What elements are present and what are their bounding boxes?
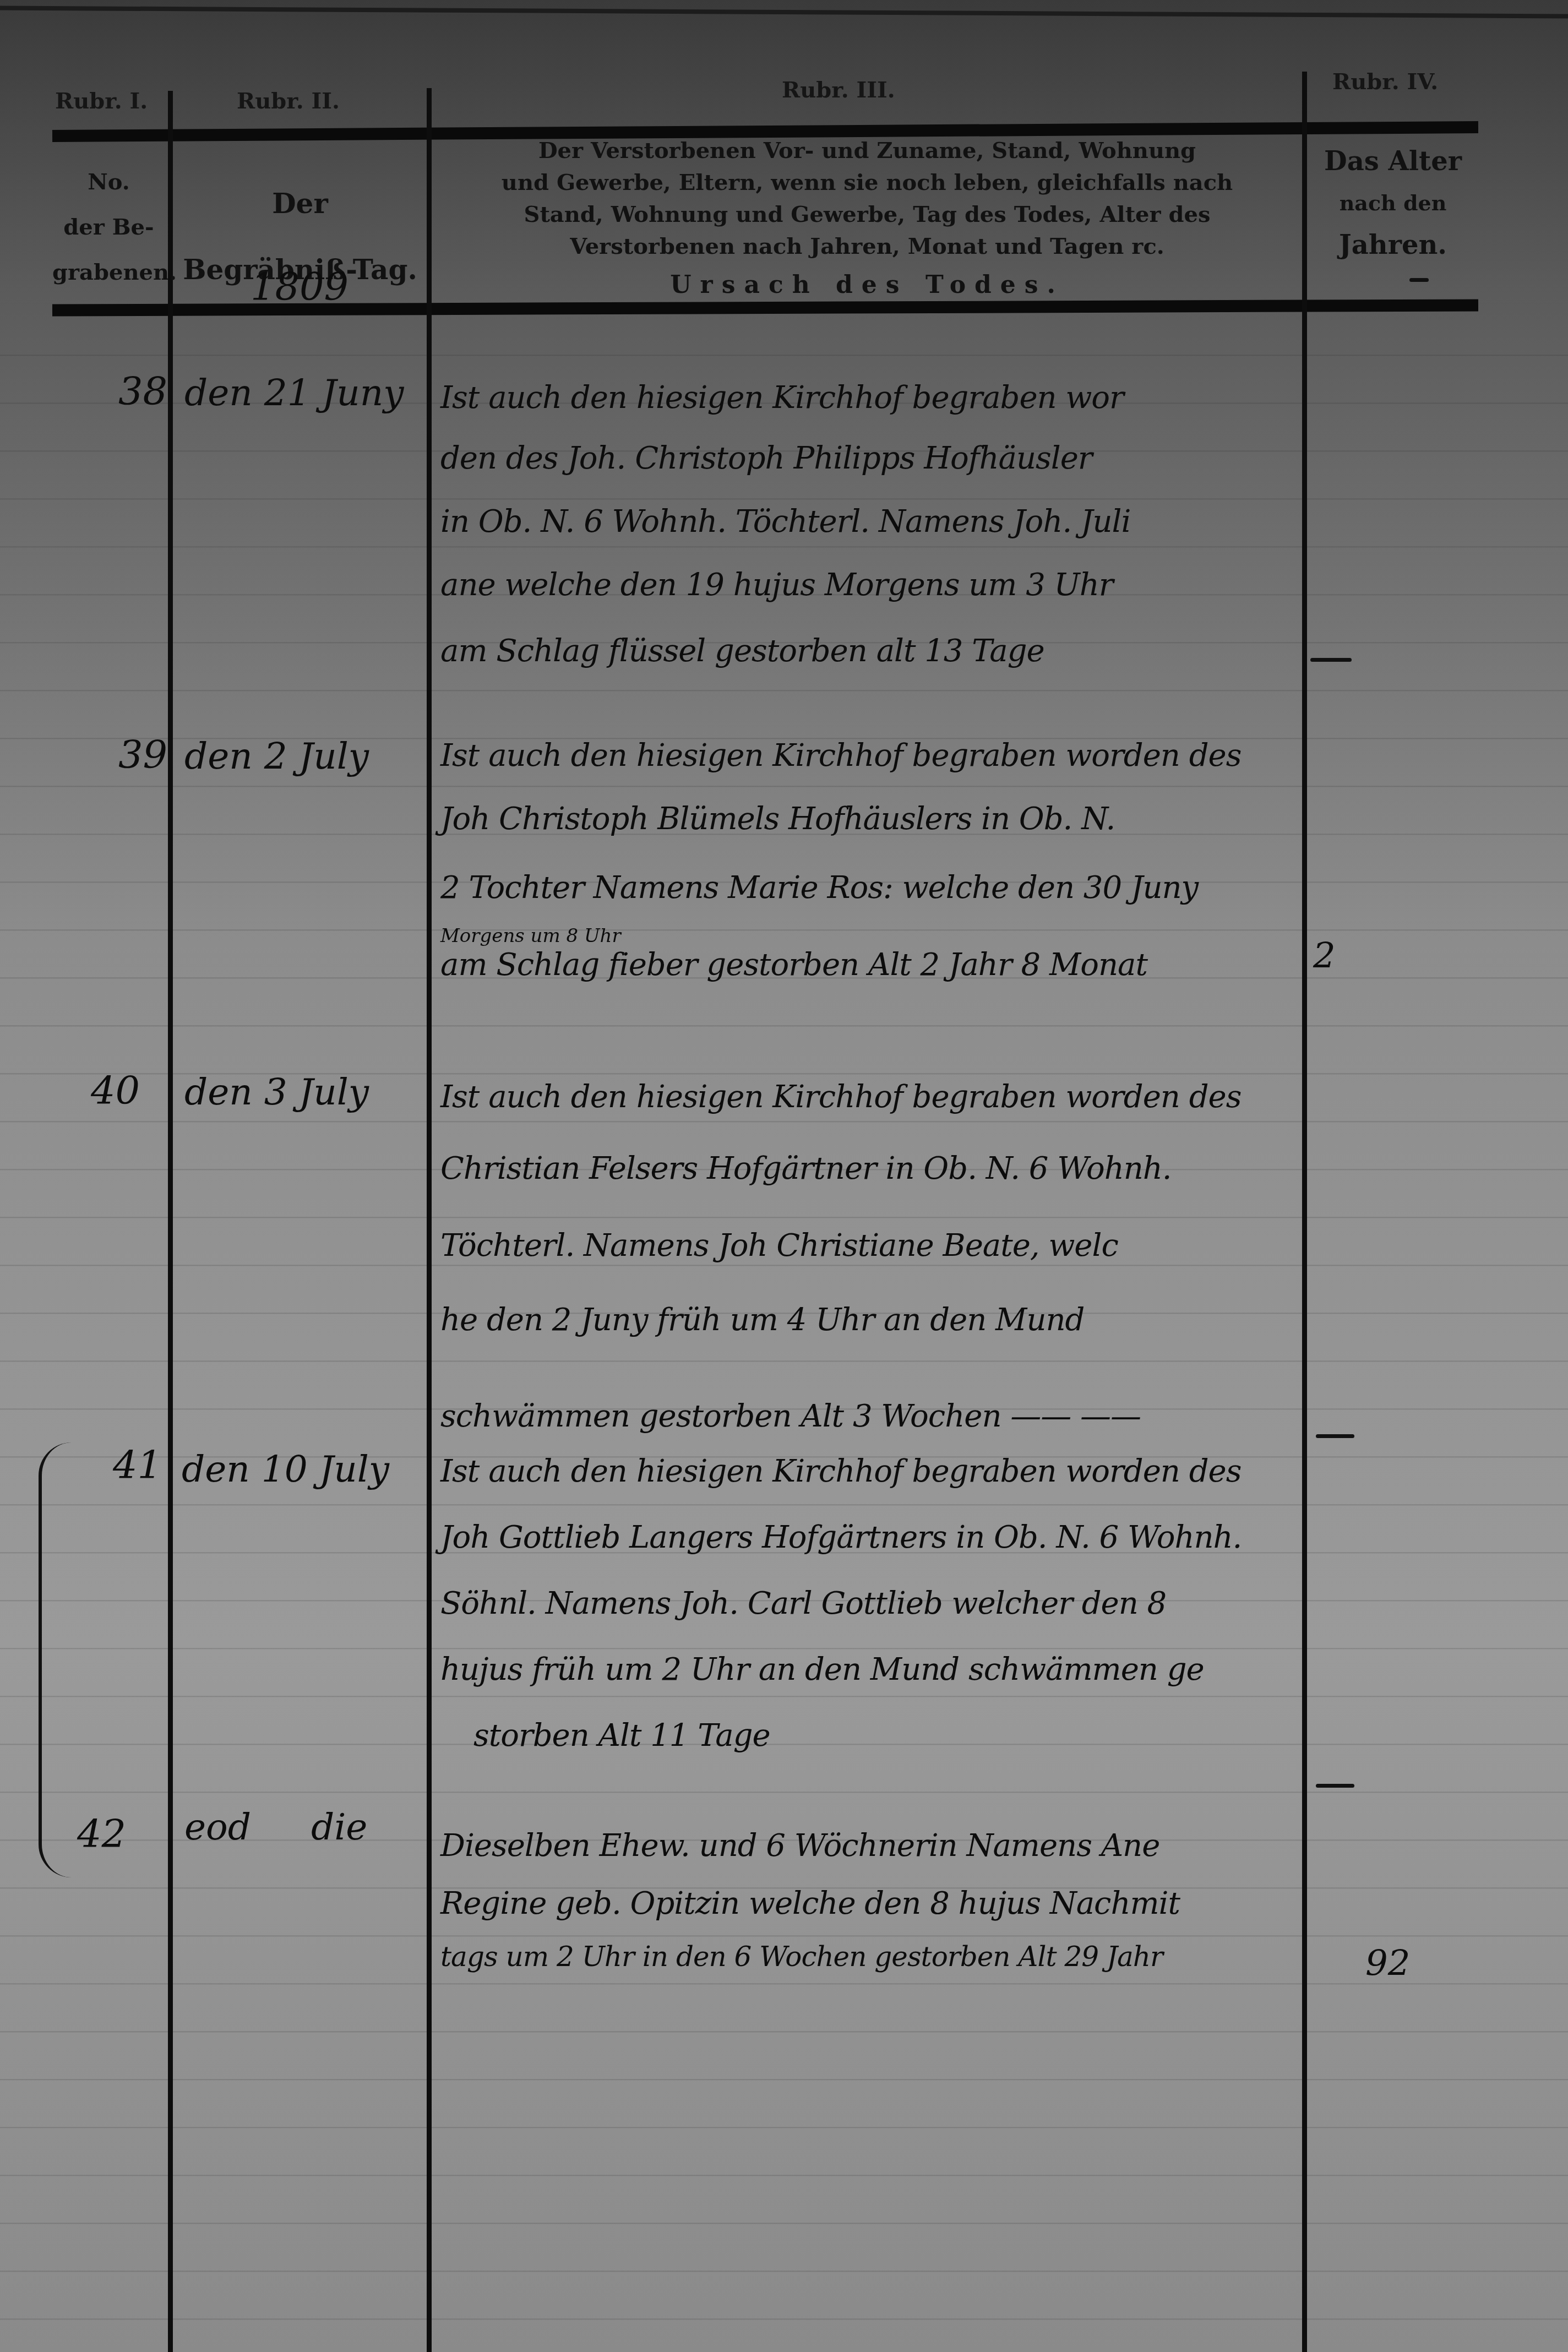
column-divider-1: [168, 91, 173, 2352]
entry-burial-date: eod: [184, 1806, 251, 1848]
header-col-age: Das Alter nach den Jahren.: [1310, 140, 1476, 266]
entry-text-line: hujus früh um 2 Uhr an den Mund schwämme…: [440, 1652, 1204, 1687]
entry-burial-date: den 3 July: [184, 1071, 369, 1113]
entry-number: 38: [118, 369, 167, 414]
header-col-deceased-line: Der Verstorbenen Vor- und Zuname, Stand,…: [440, 135, 1294, 167]
header-col-age-line: nach den: [1310, 182, 1476, 224]
rubric-1-label: Rubr. I.: [55, 88, 148, 114]
entry-text-line: tags um 2 Uhr in den 6 Wochen gestorben …: [440, 1941, 1163, 1973]
entry-text-line: ane welche den 19 hujus Morgens um 3 Uhr: [440, 567, 1113, 603]
page-top-rule: [0, 6, 1568, 19]
register-year: 1809: [251, 264, 349, 309]
entry-number: 41: [113, 1442, 162, 1488]
entry-text-line: Morgens um 8 Uhr: [440, 925, 621, 947]
rubric-2-label: Rubr. II.: [237, 88, 340, 114]
header-cause-of-death: Ursach des Todes.: [440, 269, 1294, 301]
entry-text-line: in Ob. N. 6 Wohnh. Töchterl. Namens Joh.…: [440, 504, 1130, 540]
header-col-number: No. der Be- grabenen.: [52, 160, 165, 295]
header-col-age-line: Das Alter: [1310, 140, 1476, 182]
entry-text-line: storben Alt 11 Tage: [473, 1718, 770, 1754]
column-divider-3: [1302, 72, 1307, 2352]
entry-text-line: Christian Felsers Hofgärtner in Ob. N. 6…: [440, 1151, 1172, 1186]
header-col-number-line: No.: [52, 160, 165, 205]
entry-number: 39: [118, 732, 167, 777]
entry-text-line: Söhnl. Namens Joh. Carl Gottlieb welcher…: [440, 1586, 1166, 1621]
entry-text-line: 2 Tochter Namens Marie Ros: welche den 3…: [440, 870, 1198, 906]
entry-text-line: den des Joh. Christoph Philipps Hofhäusl…: [440, 440, 1092, 476]
column-divider-2: [427, 88, 432, 2352]
header-col-deceased-details: Der Verstorbenen Vor- und Zuname, Stand,…: [440, 135, 1294, 301]
entry-age-dash: [1316, 1434, 1354, 1438]
entry-text-line: Joh Christoph Blümels Hofhäuslers in Ob.…: [440, 801, 1115, 837]
entry-text-line: Regine geb. Opitzin welche den 8 hujus N…: [440, 1886, 1180, 1921]
entry-text-line: am Schlag fieber gestorben Alt 2 Jahr 8 …: [440, 947, 1147, 983]
entry-text-line: he den 2 Juny früh um 4 Uhr an den Mund: [440, 1302, 1084, 1338]
entry-burial-date: den 10 July: [182, 1448, 389, 1490]
entry-text-line: Dieselben Ehew. und 6 Wöchnerin Namens A…: [440, 1828, 1159, 1864]
entry-age: 92: [1365, 1943, 1410, 1984]
entry-group-bracket: [39, 1442, 75, 1877]
entry-text-line: schwämmen gestorben Alt 3 Wochen —— ——: [440, 1398, 1141, 1434]
header-col-burial-day-line: Der: [173, 171, 427, 237]
header-col-deceased-line: und Gewerbe, Eltern, wenn sie noch leben…: [440, 167, 1294, 199]
entry-age-dash: [1310, 658, 1352, 662]
entry-text-line: Ist auch den hiesigen Kirchhof begraben …: [440, 380, 1124, 416]
entry-text-line: Ist auch den hiesigen Kirchhof begraben …: [440, 1079, 1241, 1115]
entry-age: 2: [1313, 936, 1336, 977]
entry-text-line: Ist auch den hiesigen Kirchhof begraben …: [440, 1453, 1241, 1489]
rubric-3-label: Rubr. III.: [782, 77, 895, 103]
entry-burial-date: den 21 Juny: [184, 372, 404, 414]
header-col-age-line: Jahren.: [1310, 224, 1476, 266]
entry-burial-date: den 2 July: [184, 735, 369, 777]
entry-text-line: am Schlag flüssel gestorben alt 13 Tage: [440, 633, 1044, 669]
entry-text-line: Joh Gottlieb Langers Hofgärtners in Ob. …: [440, 1520, 1242, 1555]
header-col-deceased-line: Verstorbenen nach Jahren, Monat und Tage…: [440, 231, 1294, 263]
header-col-number-line: der Be-: [52, 205, 165, 250]
header-age-mark: [1409, 278, 1429, 282]
entry-age-dash: [1316, 1784, 1354, 1788]
header-col-deceased-line: Stand, Wohnung und Gewerbe, Tag des Tode…: [440, 199, 1294, 231]
entry-burial-date-suffix: die: [311, 1806, 367, 1848]
entry-number: 42: [77, 1811, 126, 1856]
rubric-4-label: Rubr. IV.: [1332, 69, 1438, 95]
header-col-number-line: grabenen.: [52, 250, 165, 295]
entry-number: 40: [91, 1068, 140, 1113]
entry-text-line: Töchterl. Namens Joh Christiane Beate, w…: [440, 1228, 1118, 1264]
entry-text-line: Ist auch den hiesigen Kirchhof begraben …: [440, 738, 1241, 774]
